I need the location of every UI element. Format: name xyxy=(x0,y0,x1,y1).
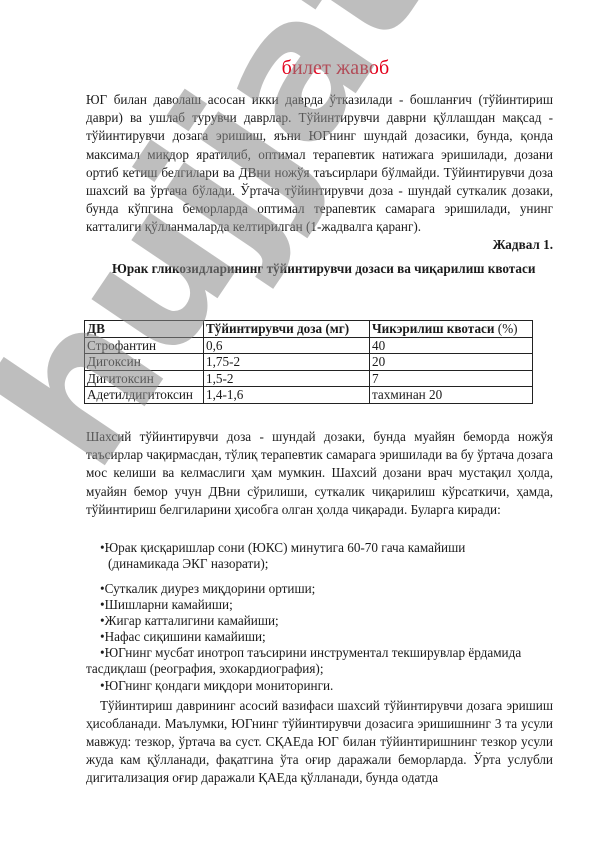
table-row: Дигитоксин 1,5-2 7 xyxy=(85,370,533,387)
cell-quota: 40 xyxy=(370,337,533,354)
table-row: Дигоксин 1,75-2 20 xyxy=(85,354,533,371)
cell-quota: тахминан 20 xyxy=(370,387,533,404)
list-item: •Юрак қисқаришлар сони (ЮКС) минутига 60… xyxy=(100,540,520,572)
paragraph-intro: ЮГ билан даволаш асосан икки даврда ўтка… xyxy=(86,91,553,237)
list-item: •ЮГнинг қондаги миқдори мониторинги. xyxy=(100,678,333,694)
cell-quota: 20 xyxy=(370,354,533,371)
table-header-row: ДВ Тўйинтирувчи доза (мг) Чикэрилиш квот… xyxy=(85,321,533,338)
cell-dose: 1,4-1,6 xyxy=(204,387,370,404)
cell-drug: Строфантин xyxy=(85,337,204,354)
cell-drug: Дигитоксин xyxy=(85,370,204,387)
list-item: •Нафас сиқишини камайиши; xyxy=(100,629,266,645)
list-item-text: ЮГнинг мусбат инотроп таъсирини инструме… xyxy=(105,645,522,660)
list-item-text: Шишларни камайиши; xyxy=(105,597,233,612)
cell-quota: 7 xyxy=(370,370,533,387)
list-item-continuation: тасдиқлаш (реография, эхокардиография); xyxy=(86,661,324,677)
paragraph-saturation-period: Тўйинтириш даврининг асосий вазифаси шах… xyxy=(86,697,553,787)
document-title: билет жавоб xyxy=(0,57,596,80)
table-row: Адетилдигитоксин 1,4-1,6 тахминан 20 xyxy=(85,387,533,404)
table-row: Строфантин 0,6 40 xyxy=(85,337,533,354)
header-quota: Чикэрилиш квотаси (%) xyxy=(370,321,533,338)
cell-dose: 1,75-2 xyxy=(204,354,370,371)
list-item-text: Нафас сиқишини камайиши; xyxy=(105,629,266,644)
cell-drug: Адетилдигитоксин xyxy=(85,387,204,404)
cell-dose: 1,5-2 xyxy=(204,370,370,387)
table-label: Жадвал 1. xyxy=(493,237,553,253)
paragraph-individual-dose: Шахсий тўйинтирувчи доза - шундай дозаки… xyxy=(86,428,553,519)
table-title: Юрак гликозидларининг тўйинтирувчи дозас… xyxy=(112,261,535,277)
header-drug: ДВ xyxy=(85,321,204,338)
list-item: •Шишларни камайиши; xyxy=(100,597,233,613)
header-quota-unit: (%) xyxy=(498,321,518,336)
header-quota-label: Чикэрилиш квотаси xyxy=(372,321,495,336)
document-page: билет жавоб ЮГ билан даволаш асосан икки… xyxy=(0,0,596,842)
header-dose: Тўйинтирувчи доза (мг) xyxy=(204,321,370,338)
list-item: •Жигар катталигини камайиши; xyxy=(100,613,279,629)
list-item-text: Юрак қисқаришлар сони (ЮКС) минутига 60-… xyxy=(105,540,466,555)
list-item-text: Суткалик диурез миқдорини ортиши; xyxy=(105,581,316,596)
list-item-text: ЮГнинг қондаги миқдори мониторинги. xyxy=(105,678,334,693)
list-item: •ЮГнинг мусбат инотроп таъсирини инструм… xyxy=(100,645,521,661)
list-item-text: Жигар катталигини камайиши; xyxy=(105,613,279,628)
list-item: •Суткалик диурез миқдорини ортиши; xyxy=(100,581,315,597)
dosage-table: ДВ Тўйинтирувчи доза (мг) Чикэрилиш квот… xyxy=(84,320,533,404)
list-item-continuation: (динамикада ЭКГ назорати); xyxy=(100,556,520,572)
cell-drug: Дигоксин xyxy=(85,354,204,371)
cell-dose: 0,6 xyxy=(204,337,370,354)
